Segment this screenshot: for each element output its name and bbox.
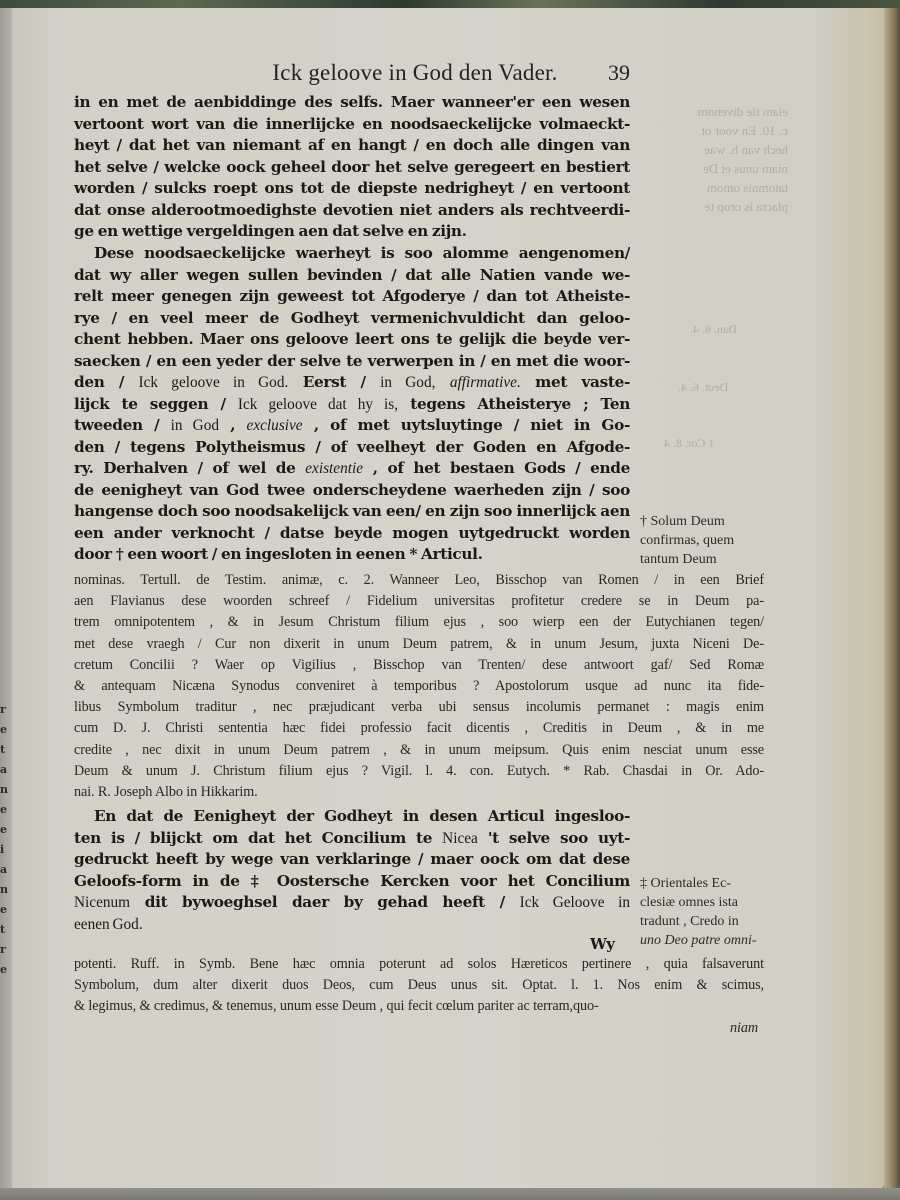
text-line: dat onse alderootmoedighste devotien nie… bbox=[74, 200, 630, 222]
text-segment: 't selve soo uyt- bbox=[478, 829, 630, 847]
show-through-note: Dan. 6. 4. bbox=[690, 322, 737, 337]
text-line: heyt / dat het van niemant af en hangt /… bbox=[74, 135, 630, 157]
show-through-line: hech van h. wae bbox=[668, 140, 788, 159]
text-segment: Eerst / bbox=[288, 373, 380, 391]
show-through-line: placra is orop te bbox=[668, 197, 788, 216]
margin-note-solum-deum: † Solum Deumconfirmas, quemtantum Deum bbox=[640, 512, 790, 569]
margin-note-line: † Solum Deum bbox=[640, 512, 790, 531]
text-line: een ander verknocht / datse beyde mogen … bbox=[74, 523, 630, 545]
text-segment: gedruckt heeft by wege van verklaringe /… bbox=[74, 850, 630, 868]
text-segment: lijck te seggen / bbox=[74, 395, 238, 413]
bleed-char: n bbox=[0, 780, 12, 800]
bleed-char: r bbox=[0, 940, 12, 960]
text-segment: tweeden / bbox=[74, 416, 171, 434]
text-segment: ten is / blijckt om dat het Concilium te bbox=[74, 829, 442, 847]
catchword-niam: niam bbox=[730, 1018, 770, 1039]
text-segment: , of het bestaen Gods / ende bbox=[363, 459, 630, 477]
text-line: Dese noodsaeckelijcke waerheyt is soo al… bbox=[74, 243, 630, 265]
book-cover-edge bbox=[0, 0, 900, 8]
margin-note-orientales: ‡ Orientales Ec-clesiæ omnes istatradunt… bbox=[640, 874, 790, 950]
text-segment: Ick geloove in God. bbox=[139, 374, 289, 391]
footnote-line: cretum Concilii ? Waer op Vigilius , Bis… bbox=[74, 655, 764, 676]
text-line: relt meer genegen zijn geweest tot Afgod… bbox=[74, 286, 630, 308]
text-line: worden / sulcks roept ons tot de diepste… bbox=[74, 178, 630, 200]
show-through-line: niam unus et De bbox=[668, 159, 788, 178]
text-line: het selve / welcke oock geheel door het … bbox=[74, 157, 630, 179]
catchword-wy: Wy bbox=[590, 934, 650, 956]
text-segment: een ander verknocht / datse beyde mogen … bbox=[74, 524, 630, 542]
text-segment: saecken / en een yeder der selve te verw… bbox=[74, 352, 630, 370]
text-segment: Nicea bbox=[442, 830, 478, 847]
paragraph-2: Dese noodsaeckelijcke waerheyt is soo al… bbox=[74, 243, 630, 566]
text-segment: den / bbox=[74, 373, 139, 391]
text-segment: de eenigheyt van God twee onderscheydene… bbox=[74, 481, 630, 499]
text-line: saecken / en een yeder der selve te verw… bbox=[74, 351, 630, 373]
text-segment: hangense doch soo noodsakelijck van een/… bbox=[74, 502, 630, 520]
text-line: ten is / blijckt om dat het Concilium te… bbox=[74, 828, 630, 850]
text-segment: Nicenum bbox=[74, 894, 130, 911]
footnote-line: nai. R. Joseph Albo in Hikkarim. bbox=[74, 782, 764, 803]
text-segment: existentie bbox=[305, 460, 363, 477]
footnote-line: Symbolum, dum alter dixerit duos Deos, c… bbox=[74, 975, 764, 996]
footnote-line: cum D. J. Christi sententia hæc fidei pr… bbox=[74, 718, 764, 739]
footnote-line: & antequam Nicæna Synodus conveniret à t… bbox=[74, 676, 764, 697]
text-segment: ry. Derhalven / of wel de bbox=[74, 459, 305, 477]
bleed-char: i bbox=[0, 840, 12, 860]
bottom-shadow bbox=[0, 1188, 900, 1200]
text-segment: den / tegens Polytheismus / of veelheyt … bbox=[74, 438, 630, 456]
text-segment: rye / en veel meer de Godheyt vermenichv… bbox=[74, 309, 630, 327]
paragraph-1: in en met de aenbiddinge des selfs. Maer… bbox=[74, 92, 630, 243]
text-line: chent hebben. Maer ons geloove leert ons… bbox=[74, 329, 630, 351]
bleed-char: e bbox=[0, 800, 12, 820]
footnote-line: trem omnipotentem , & in Jesum Christum … bbox=[74, 612, 764, 633]
footnote-line: nominas. Tertull. de Testim. animæ, c. 2… bbox=[74, 570, 764, 591]
text-line: En dat de Eenigheyt der Godheyt in desen… bbox=[74, 806, 630, 828]
text-segment: chent hebben. Maer ons geloove leert ons… bbox=[74, 330, 630, 348]
margin-note-line: uno Deo patre omni- bbox=[640, 931, 790, 950]
text-segment: Ick geloove dat hy is, bbox=[238, 396, 398, 413]
footnote-line: met dese vraegh / Cur non dixerit in unu… bbox=[74, 634, 764, 655]
text-segment: , bbox=[219, 416, 247, 434]
text-line: de eenigheyt van God twee onderscheydene… bbox=[74, 480, 630, 502]
bleed-char: e bbox=[0, 720, 12, 740]
text-segment: dit bywoeghsel daer by gehad heeft / bbox=[130, 893, 520, 911]
text-segment: Geloofs-form in de ‡ Oostersche Kercken … bbox=[74, 872, 630, 890]
text-line: ry. Derhalven / of wel de existentie , o… bbox=[74, 458, 630, 480]
text-line: hangense doch soo noodsakelijck van een/… bbox=[74, 501, 630, 523]
text-line: ge en wettige vergeldingen aen dat selve… bbox=[74, 221, 630, 243]
bleed-char: r bbox=[0, 700, 12, 720]
running-head: Ick geloove in God den Vader. bbox=[200, 60, 630, 86]
footnote-line: libus Symbolum traditur , nec præjudican… bbox=[74, 697, 764, 718]
text-line: lijck te seggen / Ick geloove dat hy is,… bbox=[74, 394, 630, 416]
text-segment: door † een woort / en ingesloten in eene… bbox=[74, 545, 483, 563]
text-line: dat wy aller wegen sullen bevinden / dat… bbox=[74, 265, 630, 287]
page-fore-edge bbox=[884, 0, 900, 1200]
text-line: den / Ick geloove in God. Eerst / in God… bbox=[74, 372, 630, 394]
bleed-char: a bbox=[0, 760, 12, 780]
show-through-line: eiam tle divenom bbox=[668, 102, 788, 121]
show-through-line: c. 10. En voor ot bbox=[668, 121, 788, 140]
text-segment: met vaste- bbox=[521, 373, 630, 391]
text-segment bbox=[435, 373, 449, 391]
bleed-char: e bbox=[0, 960, 12, 980]
show-through-text: eiam tle divenomc. 10. En voor othech va… bbox=[668, 102, 788, 216]
margin-note-line: confirmas, quem bbox=[640, 531, 790, 550]
margin-note-line: tantum Deum bbox=[640, 550, 790, 569]
footnote-block-1: nominas. Tertull. de Testim. animæ, c. 2… bbox=[74, 570, 764, 803]
text-segment: , of met uytsluytinge / niet in Go- bbox=[303, 416, 630, 434]
text-segment: Ick Geloove in bbox=[520, 894, 630, 911]
bleed-char: a bbox=[0, 860, 12, 880]
show-through-line: tatomnis omom bbox=[668, 178, 788, 197]
footnote-line: credite , nec dixit in unum Deum patrem … bbox=[74, 740, 764, 761]
bleed-char: e bbox=[0, 900, 12, 920]
text-line: door † een woort / en ingesloten in eene… bbox=[74, 544, 630, 566]
margin-note-line: ‡ Orientales Ec- bbox=[640, 874, 790, 893]
text-segment: dat wy aller wegen sullen bevinden / dat… bbox=[74, 266, 630, 284]
text-line: den / tegens Polytheismus / of veelheyt … bbox=[74, 437, 630, 459]
text-segment: relt meer genegen zijn geweest tot Afgod… bbox=[74, 287, 630, 305]
text-segment: eenen God. bbox=[74, 916, 143, 933]
page-number: 39 bbox=[600, 60, 630, 86]
text-segment: in God, bbox=[380, 374, 435, 391]
margin-note-line: clesiæ omnes ista bbox=[640, 893, 790, 912]
bleed-char: n bbox=[0, 880, 12, 900]
footnote-block-2: potenti. Ruff. in Symb. Bene hæc omnia p… bbox=[74, 954, 764, 1018]
text-segment: En dat de Eenigheyt der Godheyt in desen… bbox=[94, 807, 630, 825]
text-segment: Dese noodsaeckelijcke waerheyt is soo al… bbox=[94, 244, 630, 262]
show-through-note: 1 Cor. 8. 4 bbox=[664, 436, 714, 451]
text-line: vertoont wort van die innerlijcke en noo… bbox=[74, 114, 630, 136]
footnote-line: aen Flavianus dese woorden schreef / Fid… bbox=[74, 591, 764, 612]
text-segment: exclusive bbox=[247, 417, 303, 434]
text-line: Geloofs-form in de ‡ Oostersche Kercken … bbox=[74, 871, 630, 893]
footnote-line: Deum & unum J. Christum filium ejus ? Vi… bbox=[74, 761, 764, 782]
footnote-line: & legimus, & credimus, & tenemus, unum e… bbox=[74, 996, 764, 1017]
paragraph-3: En dat de Eenigheyt der Godheyt in desen… bbox=[74, 806, 630, 935]
text-line: eenen God. bbox=[74, 914, 630, 936]
text-line: in en met de aenbiddinge des selfs. Maer… bbox=[74, 92, 630, 114]
text-segment: affirmative. bbox=[450, 374, 521, 391]
text-segment: in God bbox=[171, 417, 219, 434]
show-through-note: Deut. 6. 4. bbox=[678, 380, 728, 395]
facing-page-bleed-text: retaneeianetre bbox=[0, 700, 12, 1080]
bleed-char: e bbox=[0, 820, 12, 840]
footnote-line: potenti. Ruff. in Symb. Bene hæc omnia p… bbox=[74, 954, 764, 975]
text-line: gedruckt heeft by wege van verklaringe /… bbox=[74, 849, 630, 871]
text-line: rye / en veel meer de Godheyt vermenichv… bbox=[74, 308, 630, 330]
bleed-char: t bbox=[0, 920, 12, 940]
text-line: tweeden / in God , exclusive , of met uy… bbox=[74, 415, 630, 437]
text-segment: tegens Atheisterye ; Ten bbox=[398, 395, 630, 413]
margin-note-line: tradunt , Credo in bbox=[640, 912, 790, 931]
text-line: Nicenum dit bywoeghsel daer by gehad hee… bbox=[74, 892, 630, 914]
bleed-char: t bbox=[0, 740, 12, 760]
